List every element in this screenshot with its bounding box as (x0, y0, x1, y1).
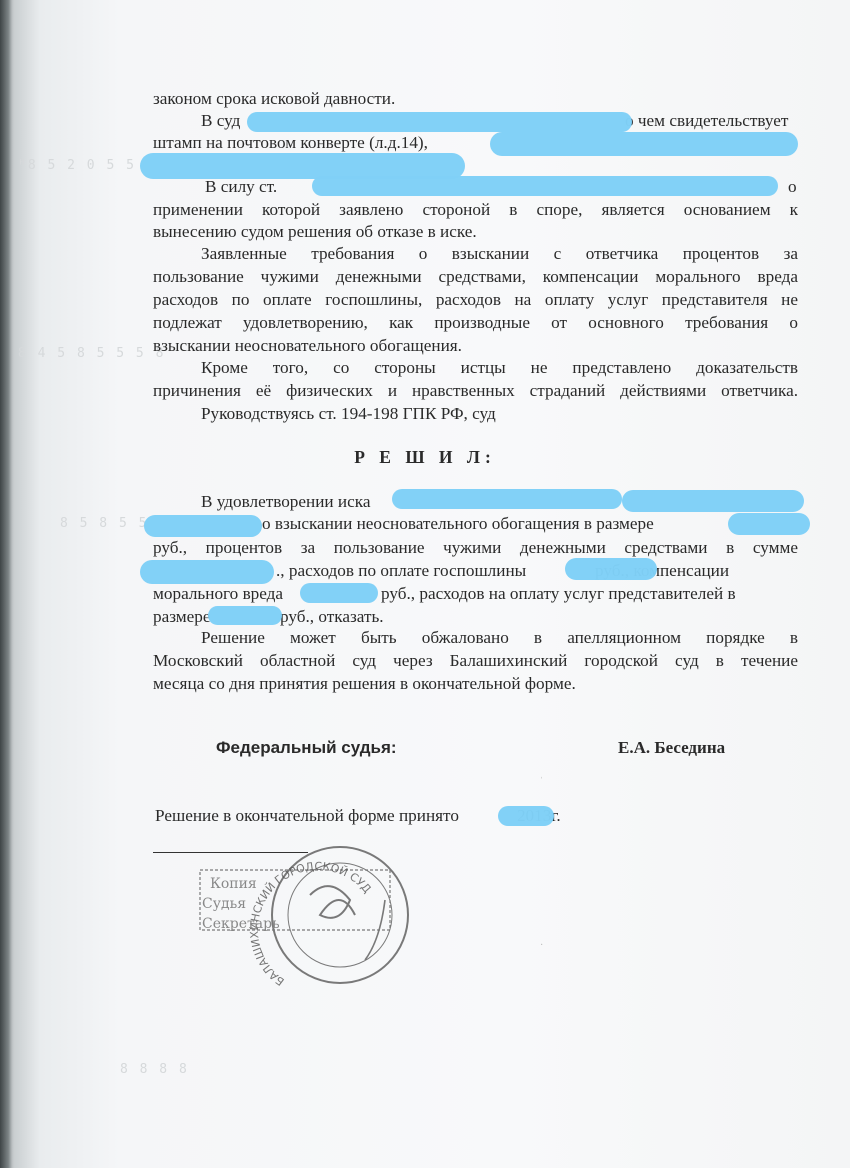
decision-heading: Р Е Ш И Л: (0, 447, 850, 468)
final-form-prefix: Решение в окончательной форме принято (155, 806, 459, 825)
redaction-mark (312, 176, 778, 196)
text-line: законом срока исковой давности. (153, 88, 798, 110)
text-fragment: В суд (201, 111, 240, 130)
redaction-mark (208, 606, 282, 625)
stamp-box-line: Судья (202, 896, 246, 912)
text-line: Руководствуясь ст. 194-198 ГПК РФ, суд (153, 403, 798, 425)
text-line: Московский областной суд через Балашихин… (153, 650, 798, 672)
text-line: причинения её физических и нравственных … (153, 380, 798, 402)
redaction-mark (392, 489, 622, 509)
text-line: Заявленные требования о взыскании с отве… (153, 243, 798, 265)
text-fragment: руб., расходов на оплату услуг представи… (381, 583, 736, 605)
redaction-mark (728, 513, 810, 535)
text-line: руб., процентов за пользование чужими де… (153, 537, 798, 559)
text-fragment: ., расходов по оплате госпошлины (276, 560, 526, 582)
text-fragment: руб., отказать. (280, 606, 384, 628)
redaction-mark (622, 490, 804, 512)
svg-text:БАЛАШИХИНСКИЙ ГОРОДСКОЙ СУД МО: БАЛАШИХИНСКИЙ ГОРОДСКОЙ СУД МОСКОВСКОЙ О… (180, 840, 376, 988)
text-fragment: о взыскании неосновательного обогащения … (262, 513, 654, 535)
text-fragment: о чем свидетельствует (625, 110, 788, 132)
text-fragment: штамп на почтовом конверте (л.д.14), (153, 133, 428, 152)
redaction-mark (144, 515, 262, 537)
text-line: применении которой заявлено стороной в с… (153, 199, 798, 221)
judge-title: Федеральный судья: (216, 738, 397, 758)
redaction-mark (300, 583, 378, 603)
text-line: Кроме того, со стороны истцы не представ… (153, 357, 798, 379)
stamp-box-line: Секретарь (202, 916, 280, 932)
bleed-through-mark: ᴴ8 5 2 0 5 5 8 (18, 158, 156, 173)
speck: · (540, 940, 543, 951)
redaction-mark (140, 560, 274, 584)
document-page: ᴴ8 5 2 0 5 5 8 8 4 5 8 5 5 5 8 8 5 8 5 5… (0, 0, 850, 1168)
stamp-icon: БАЛАШИХИНСКИЙ ГОРОДСКОЙ СУД МОСКОВСКОЙ О… (180, 840, 410, 1000)
redaction-mark (498, 806, 554, 826)
text-line: подлежат удовлетворению, как производные… (153, 312, 798, 334)
stamp-circle-text: БАЛАШИХИНСКИЙ ГОРОДСКОЙ СУД МОСКОВСКОЙ О… (180, 840, 376, 988)
bleed-through-mark: 8 8 8 8 (120, 1062, 189, 1077)
redaction-mark (490, 132, 798, 156)
text-line: Решение может быть обжаловано в апелляци… (153, 627, 798, 649)
text-line: вынесению судом решения об отказе в иске… (153, 221, 798, 243)
bleed-through-mark: 8 4 5 8 5 5 5 8 (18, 346, 165, 361)
stamp-box-line: Копия (210, 876, 257, 892)
judge-name: Е.А. Беседина (618, 738, 725, 758)
redaction-mark (247, 112, 632, 132)
court-stamp: БАЛАШИХИНСКИЙ ГОРОДСКОЙ СУД МОСКОВСКОЙ О… (180, 840, 410, 1000)
speck: ˌ (540, 768, 543, 779)
text-fragment: В силу ст. (205, 177, 277, 196)
redaction-mark (565, 558, 657, 580)
text-line: взыскании неосновательного обогащения. (153, 335, 798, 357)
text-line: пользование чужими денежными средствами,… (153, 266, 798, 288)
text-line: месяца со дня принятия решения в окончат… (153, 673, 798, 695)
text-fragment: В удовлетворении иска (201, 492, 370, 511)
text-line: расходов по оплате госпошлины, расходов … (153, 289, 798, 311)
text-fragment: о (788, 176, 797, 198)
